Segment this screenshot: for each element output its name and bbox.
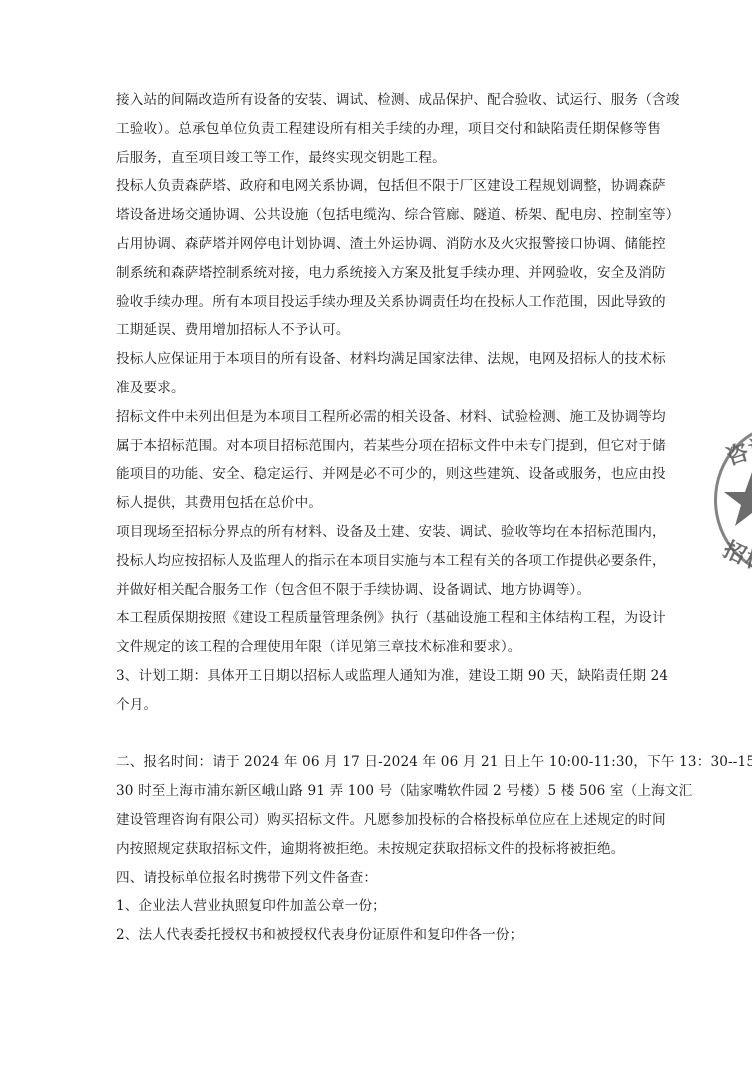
document-page: 接入站的间隔改造所有设备的安装、调试、检测、成品保护、配合验收、试运行、服务（含…: [116, 86, 661, 950]
text-line: 并做好相关配合服务工作（包含但不限于手续协调、设备调试、地方协调等）。: [116, 576, 661, 605]
text-line: 能项目的功能、安全、稳定运行、并网是必不可少的，则这些建筑、设备或服务，也应由投: [116, 460, 661, 489]
text-line: 验收手续办理。所有本项目投运手续办理及关系协调责任均在投标人工作范围，因此导致的: [116, 288, 661, 317]
text-line: 工期延误、费用增加招标人不予认可。: [116, 316, 661, 345]
text-line: 塔设备进场交通协调、公共设施（包括电缆沟、综合管廊、隧道、桥架、配电房、控制室等…: [116, 201, 661, 230]
text-line: 后服务，直至项目竣工等工作，最终实现交钥匙工程。: [116, 144, 661, 173]
star-icon: [722, 470, 752, 530]
text-line: 投标人负责森萨塔、政府和电网关系协调，包括但不限于厂区建设工程规划调整，协调森萨: [116, 172, 661, 201]
text-line: 投标人应保证用于本项目的所有设备、材料均满足国家法律、法规，电网及招标人的技术标: [116, 345, 661, 374]
text-line: 建设管理咨询有限公司）购买招标文件。凡愿参加投标的合格投标单位应在上述规定的时间: [116, 806, 661, 835]
text-line: 内按照规定获取招标文件，逾期将被拒绝。未按规定获取招标文件的投标将被拒绝。: [116, 835, 661, 864]
company-seal-stamp: 咨 询 招 标: [714, 424, 752, 576]
text-line: 占用协调、森萨塔并网停电计划协调、渣土外运协调、消防水及火灾报警接口协调、储能控: [116, 230, 661, 259]
section-heading: 四、请投标单位报名时携带下列文件备查：: [116, 864, 661, 893]
text-line: 个月。: [116, 691, 661, 720]
text-line: 投标人均应按招标人及监理人的指示在本项目实施与本工程有关的各项工作提供必要条件，: [116, 547, 661, 576]
text-line: 制系统和森萨塔控制系统对接，电力系统接入方案及批复手续办理、并网验收，安全及消防: [116, 259, 661, 288]
text-line: 招标文件中未列出但是为本项目工程所必需的相关设备、材料、试验检测、施工及协调等均: [116, 403, 661, 432]
list-item: 2、法人代表委托授权书和被授权代表身份证原件和复印件各一份；: [116, 921, 661, 950]
text-line: 本工程质保期按照《建设工程质量管理条例》执行（基础设施工程和主体结构工程，为设计: [116, 604, 661, 633]
text-line: 准及要求。: [116, 374, 661, 403]
text-line: 接入站的间隔改造所有设备的安装、调试、检测、成品保护、配合验收、试运行、服务（含…: [116, 86, 661, 115]
text-line: 项目现场至招标分界点的所有材料、设备及土建、安装、调试、验收等均在本招标范围内，: [116, 518, 661, 547]
text-line: 3、计划工期：具体开工日期以招标人或监理人通知为准，建设工期 90 天，缺陷责任…: [116, 662, 661, 691]
text-line: 二、报名时间：请于 2024 年 06 月 17 日-2024 年 06 月 2…: [116, 748, 661, 777]
text-line: 工验收）。总承包单位负责工程建设所有相关手续的办理，项目交付和缺陷责任期保修等售: [116, 115, 661, 144]
text-line: 标人提供，其费用包括在总价中。: [116, 489, 661, 518]
text-line: 属于本招标范围。对本项目招标范围内，若某些分项在招标文件中未专门提到，但它对于储: [116, 432, 661, 461]
list-item: 1、企业法人营业执照复印件加盖公章一份；: [116, 892, 661, 921]
blank-line: [116, 720, 661, 749]
text-line: 30 时至上海市浦东新区峨山路 91 弄 100 号（陆家嘴软件园 2 号楼）5…: [116, 777, 661, 806]
text-line: 文件规定的该工程的合理使用年限（详见第三章技术标准和要求）。: [116, 633, 661, 662]
